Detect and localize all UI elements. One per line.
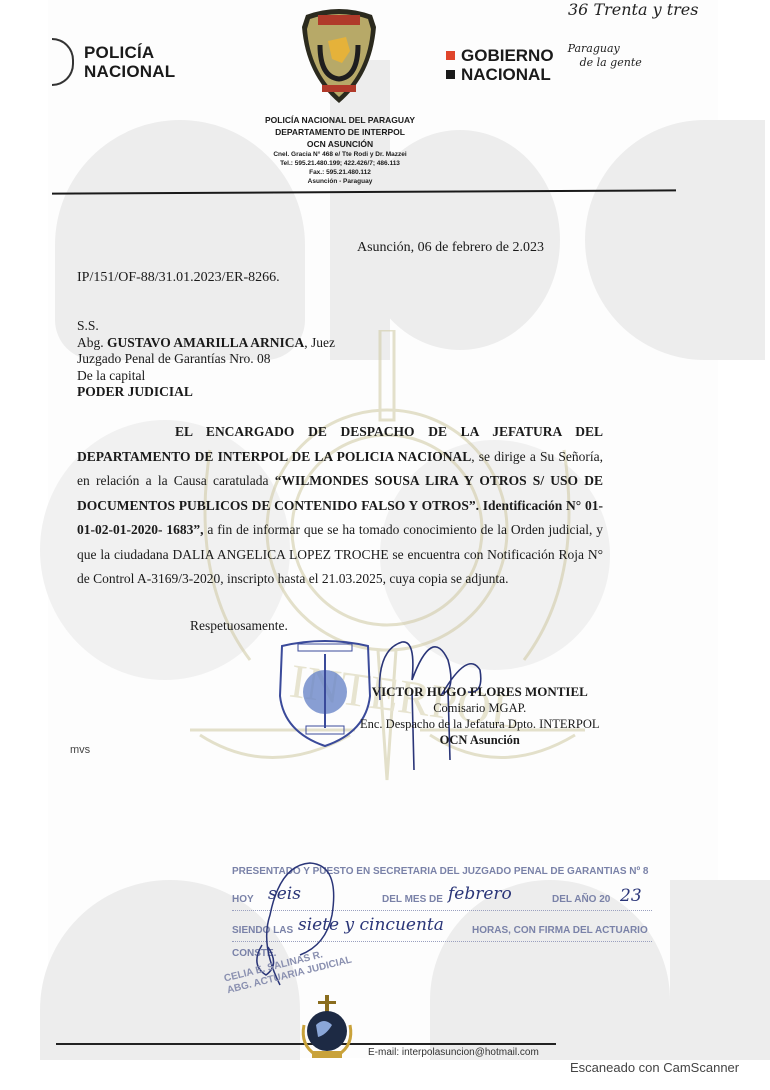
stamp-label: HORAS, CON FIRMA DEL ACTUARIO (472, 925, 648, 936)
stamp-label: DEL AÑO 20 (552, 894, 610, 905)
closing: Respetuosamente. (190, 618, 288, 634)
watermark-shape (670, 880, 770, 1060)
red-square-icon (446, 51, 455, 60)
typist-initials: mvs (70, 744, 90, 756)
signatory-office: OCN Asunción (360, 732, 600, 748)
tagline-line: de la gente (568, 56, 642, 70)
stamp-year-value: 23 (620, 886, 642, 906)
addressee-block: S.S. Abg. GUSTAVO AMARILLA ARNICA, Juez … (77, 318, 335, 401)
reference-number: IP/151/OF-88/31.01.2023/ER-8266. (77, 270, 280, 286)
fax: Fax.: 595.21.480.112 (240, 168, 440, 177)
city: Asunción - Paraguay (240, 177, 440, 186)
judge-name: GUSTAVO AMARILLA ARNICA (107, 335, 304, 350)
court-name: Juzgado Penal de Garantías Nro. 08 (77, 351, 335, 368)
stamp-label: DEL MES DE (382, 894, 443, 905)
branch: PODER JUDICIAL (77, 384, 193, 399)
department-name: DEPARTAMENTO DE INTERPOL (240, 126, 440, 138)
interpol-logo-icon (296, 995, 358, 1063)
brand-line: GOBIERNO (461, 46, 554, 65)
signatory-rank: Comisario MGAP. (360, 700, 600, 716)
tagline-line: Paraguay (568, 42, 642, 56)
office-name: OCN ASUNCIÓN (240, 138, 440, 150)
gobierno-nacional-logo: GOBIERNO NACIONAL Paraguay de la gente (446, 46, 642, 84)
court-location: De la capital (77, 368, 335, 385)
policia-nacional-logo: POLICÍA NACIONAL (52, 38, 175, 86)
black-square-icon (446, 70, 455, 79)
letter-date: Asunción, 06 de febrero de 2.023 (357, 240, 544, 256)
institution-header: POLICÍA NACIONAL DEL PARAGUAY DEPARTAMEN… (240, 114, 440, 186)
seal-icon (52, 38, 74, 86)
stamp-month-value: febrero (448, 884, 512, 904)
handwritten-note: 36 Trenta y tres (568, 0, 698, 19)
institution-name: POLICÍA NACIONAL DEL PARAGUAY (240, 114, 440, 126)
brand-line: NACIONAL (461, 65, 551, 84)
brand-line: NACIONAL (84, 62, 175, 81)
phone: Tel.: 595.21.480.199; 422.426/7; 486.113 (240, 159, 440, 168)
signatory-role: Enc. Despacho de la Jefatura Dpto. INTER… (360, 716, 600, 732)
footer-email: E-mail: interpolasuncion@hotmail.com (368, 1047, 539, 1057)
signature-block: VICTOR HUGO FLORES MONTIEL Comisario MGA… (360, 684, 600, 748)
salutation: S.S. (77, 318, 335, 335)
signatory-name: VICTOR HUGO FLORES MONTIEL (360, 684, 600, 700)
brand-line: POLICÍA (84, 43, 175, 62)
police-badge-icon (298, 5, 380, 105)
camscanner-watermark: Escaneado con CamScanner (570, 1060, 739, 1075)
name-suffix: , Juez (304, 335, 335, 350)
letter-body: EL ENCARGADO DE DESPACHO DE LA JEFATURA … (77, 420, 603, 592)
name-prefix: Abg. (77, 335, 107, 350)
address: Cnel. Gracia N° 468 e/ Tte Rodi y Dr. Ma… (240, 150, 440, 159)
